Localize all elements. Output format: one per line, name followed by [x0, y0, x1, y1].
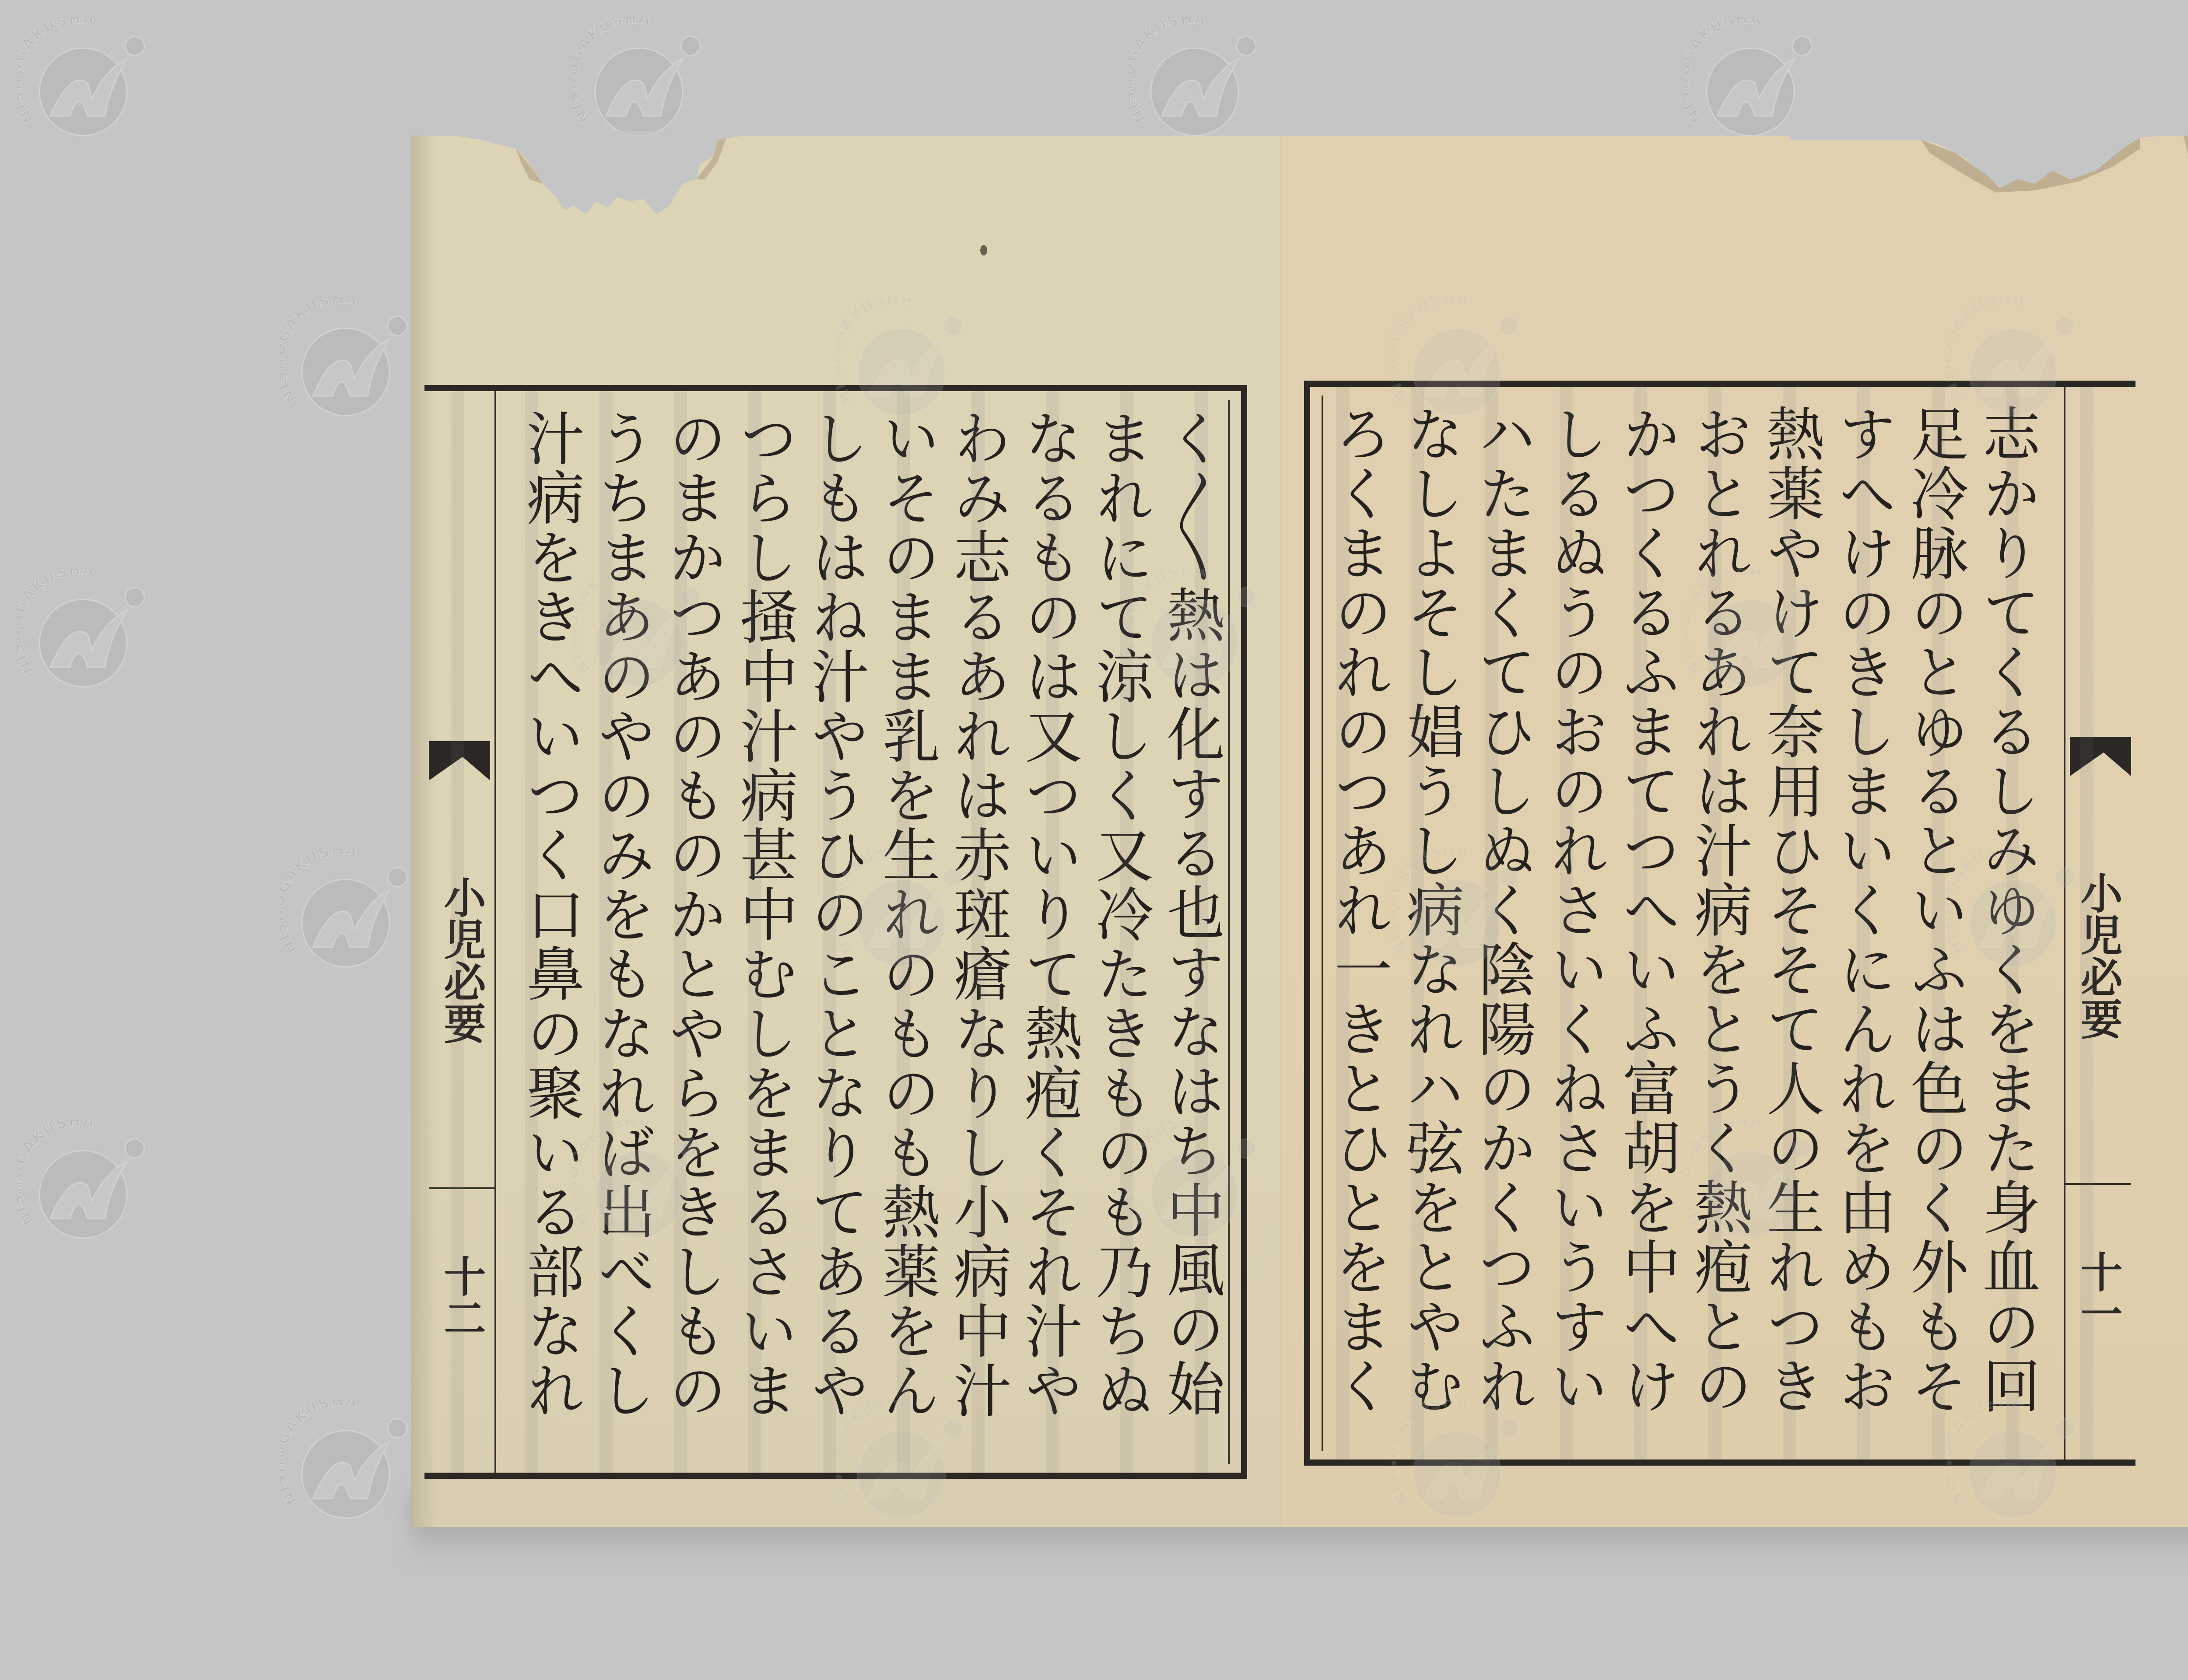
nishogakusha-logo-icon: NISHOGAKUSHA [1947, 849, 2079, 980]
nishogakusha-logo-icon: NISHOGAKUSHA [1392, 1400, 1523, 1531]
watermark-overlay: NISHOGAKUSHA NISHOGAKUSHA NISHOGAKUSHA [0, 0, 2188, 1680]
svg-text:NISHOGAKUSHA: NISHOGAKUSHA [1392, 849, 1470, 957]
svg-text:NISHOGAKUSHA: NISHOGAKUSHA [1685, 569, 1764, 677]
svg-text:NISHOGAKUSHA: NISHOGAKUSHA [1685, 1120, 1764, 1228]
nishogakusha-logo-icon: NISHOGAKUSHA [1685, 17, 1816, 149]
nishogakusha-logo-icon: NISHOGAKUSHA [1129, 1120, 1260, 1251]
svg-text:NISHOGAKUSHA: NISHOGAKUSHA [280, 849, 359, 957]
nishogakusha-logo-icon: NISHOGAKUSHA [836, 1400, 967, 1531]
svg-text:NISHOGAKUSHA: NISHOGAKUSHA [1392, 297, 1470, 406]
svg-text:NISHOGAKUSHA: NISHOGAKUSHA [1392, 1400, 1470, 1508]
nishogakusha-logo-icon: NISHOGAKUSHA [18, 1120, 149, 1251]
nishogakusha-logo-icon: NISHOGAKUSHA [280, 297, 411, 429]
nishogakusha-logo-icon: NISHOGAKUSHA [1392, 849, 1523, 980]
svg-text:NISHOGAKUSHA: NISHOGAKUSHA [1947, 1400, 2026, 1508]
nishogakusha-logo-icon: NISHOGAKUSHA [1392, 297, 1523, 429]
svg-text:NISHOGAKUSHA: NISHOGAKUSHA [1129, 569, 1208, 677]
svg-text:NISHOGAKUSHA: NISHOGAKUSHA [836, 849, 915, 957]
svg-text:NISHOGAKUSHA: NISHOGAKUSHA [280, 297, 359, 406]
nishogakusha-logo-icon: NISHOGAKUSHA [836, 297, 967, 429]
nishogakusha-logo-icon: NISHOGAKUSHA [1685, 1120, 1816, 1251]
nishogakusha-logo-icon: NISHOGAKUSHA [1129, 17, 1260, 149]
svg-text:NISHOGAKUSHA: NISHOGAKUSHA [280, 1400, 359, 1508]
svg-text:NISHOGAKUSHA: NISHOGAKUSHA [18, 1120, 96, 1228]
nishogakusha-logo-icon: NISHOGAKUSHA [573, 569, 705, 700]
svg-text:NISHOGAKUSHA: NISHOGAKUSHA [573, 569, 652, 677]
svg-text:NISHOGAKUSHA: NISHOGAKUSHA [573, 1120, 652, 1228]
svg-text:NISHOGAKUSHA: NISHOGAKUSHA [573, 17, 652, 126]
nishogakusha-logo-icon: NISHOGAKUSHA [573, 17, 705, 149]
svg-text:NISHOGAKUSHA: NISHOGAKUSHA [18, 17, 96, 126]
svg-text:NISHOGAKUSHA: NISHOGAKUSHA [1947, 297, 2026, 406]
nishogakusha-logo-icon: NISHOGAKUSHA [280, 849, 411, 980]
nishogakusha-logo-icon: NISHOGAKUSHA [573, 1120, 705, 1251]
svg-text:NISHOGAKUSHA: NISHOGAKUSHA [18, 569, 96, 677]
nishogakusha-logo-icon: NISHOGAKUSHA [1947, 297, 2079, 429]
nishogakusha-logo-icon: NISHOGAKUSHA [18, 17, 149, 149]
nishogakusha-logo-icon: NISHOGAKUSHA [1129, 569, 1260, 700]
nishogakusha-logo-icon: NISHOGAKUSHA [836, 849, 967, 980]
nishogakusha-logo-icon: NISHOGAKUSHA [1685, 569, 1816, 700]
svg-text:NISHOGAKUSHA: NISHOGAKUSHA [836, 1400, 915, 1508]
nishogakusha-logo-icon: NISHOGAKUSHA [280, 1400, 411, 1531]
nishogakusha-logo-icon: NISHOGAKUSHA [18, 569, 149, 700]
nishogakusha-logo-icon: NISHOGAKUSHA [1947, 1400, 2079, 1531]
svg-text:NISHOGAKUSHA: NISHOGAKUSHA [1947, 849, 2026, 957]
svg-text:NISHOGAKUSHA: NISHOGAKUSHA [1685, 17, 1764, 126]
svg-text:NISHOGAKUSHA: NISHOGAKUSHA [836, 297, 915, 406]
svg-text:NISHOGAKUSHA: NISHOGAKUSHA [1129, 17, 1208, 126]
svg-text:NISHOGAKUSHA: NISHOGAKUSHA [1129, 1120, 1208, 1228]
